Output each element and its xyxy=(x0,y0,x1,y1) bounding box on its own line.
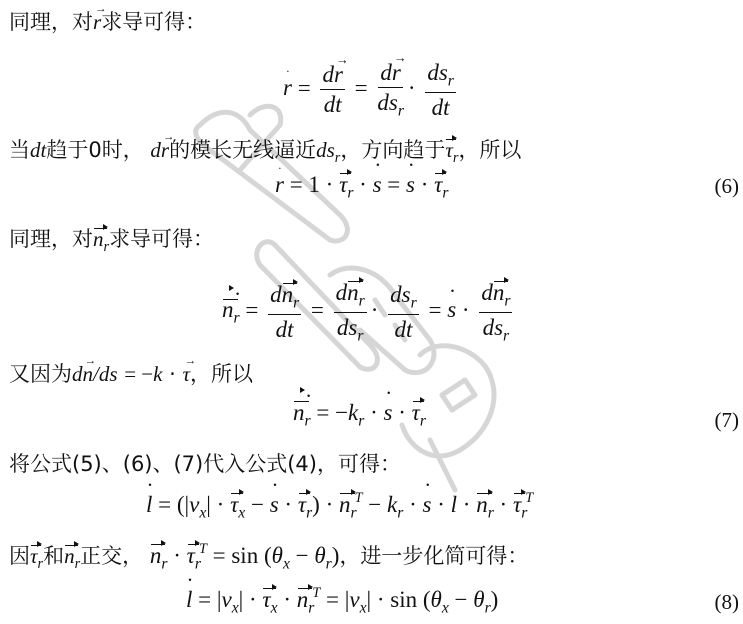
equation-number-6: (6) xyxy=(715,174,740,199)
text: 趋于0时， xyxy=(46,138,143,162)
equation-number-8: (8) xyxy=(715,590,740,615)
equation-6: r = 1 · τr · s = s · τr xyxy=(275,172,448,202)
text: ，进一步化简可得： xyxy=(339,544,528,568)
text: 的模长无线逼近 xyxy=(169,138,316,162)
text: 因 xyxy=(9,544,30,568)
text: sin xyxy=(231,543,258,568)
text: 正交， xyxy=(80,544,143,568)
text: ，所以 xyxy=(458,138,521,162)
text: sin xyxy=(390,587,417,612)
text: 和 xyxy=(43,544,64,568)
equation-l-dot-expanded: l = (|vx| · τx − s · τr) · nrT − kr · s … xyxy=(146,490,533,522)
equation-8: l = |vx| · τx · nrT = |vx| · sin (θx − θ… xyxy=(186,585,498,617)
text: 同理，对 xyxy=(9,10,93,34)
paragraph-substitute: 将公式(5)、(6)、(7)代入公式(4)，可得： xyxy=(9,448,401,478)
text: 求导可得： xyxy=(109,227,214,251)
equation-n-dot: nr = dnrdt = dnrdsr· dsrdt = s · dnrdsr xyxy=(222,280,516,344)
paragraph-dt-limit: 当dt趋于0时， dr的模长无线逼近dsr，方向趋于τr，所以 xyxy=(9,134,521,167)
text: 求导可得： xyxy=(101,10,206,34)
text: 又因为 xyxy=(9,362,72,386)
paragraph-orthogonal: 因τr和nr正交， nr · τrT = sin (θx − θr)，进一步化简… xyxy=(9,540,528,573)
text: ，方向趋于 xyxy=(340,138,445,162)
vector-r: r xyxy=(93,10,101,35)
paragraph-dn-ds: 又因为dn/ds = −k · τ，所以 xyxy=(9,358,253,388)
text: 同理，对 xyxy=(9,227,93,251)
text: ，所以 xyxy=(190,362,253,386)
equation-7: nr = −kr · s · τr xyxy=(293,400,426,430)
paragraph-intro-r: 同理，对r求导可得： xyxy=(9,6,206,36)
equation-r-dot: r = drdt = drdsr· dsrdt xyxy=(283,60,460,120)
text: 当 xyxy=(9,138,30,162)
paragraph-intro-n: 同理，对nr求导可得： xyxy=(9,223,214,256)
equation-number-7: (7) xyxy=(715,408,740,433)
